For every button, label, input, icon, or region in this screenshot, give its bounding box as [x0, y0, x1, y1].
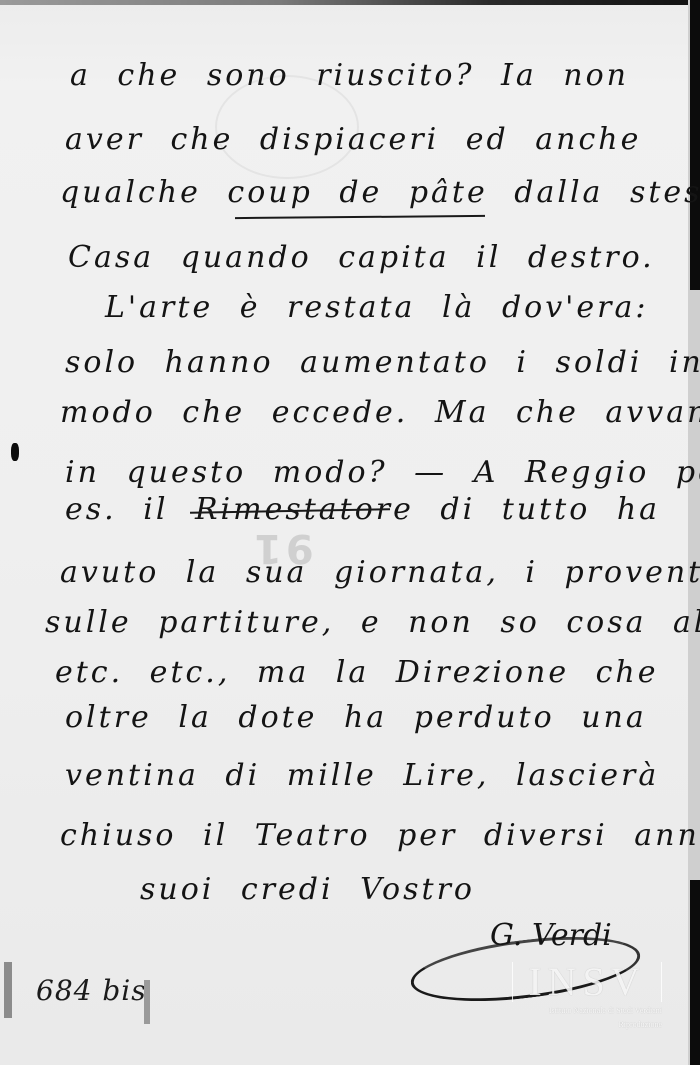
letter-line-15: chiuso il Teatro per diversi anni a: [60, 818, 700, 853]
letter-line-10: avuto la sua giornata, i proventi: [60, 555, 700, 590]
letter-line-12: etc. etc., ma la Direzione che: [55, 655, 658, 690]
letter-line-1: a che sono riuscito? Ia non: [70, 58, 629, 93]
archive-catalog-label: 684 bis: [4, 960, 152, 1025]
letter-line-7: modo che eccede. Ma che avvanzi: [60, 395, 700, 430]
watermark-logo: INSV: [512, 962, 662, 1002]
letter-line-3: qualche coup de pâte dalla stessa: [60, 175, 700, 210]
label-bracket-right: [144, 980, 150, 1024]
insv-watermark: INSV Istituto Nazionale di Studi Verdian…: [512, 962, 662, 1032]
letter-page: 91 a che sono riuscito? Ia non aver che …: [0, 0, 700, 1065]
letter-line-6: solo hanno aumentato i soldi in: [65, 345, 700, 380]
label-bracket-left: [4, 962, 12, 1018]
letter-line-16-closing: suoi credi Vostro: [140, 872, 475, 907]
letter-line-4: Casa quando capita il destro.: [68, 240, 655, 275]
letter-body: a che sono riuscito? Ia non aver che dis…: [0, 0, 700, 1065]
underline-coup-de-pate: [235, 215, 485, 219]
letter-line-8: in questo modo? — A Reggio per: [65, 455, 700, 490]
line-3-text: qualche coup de pâte dalla stessa: [60, 175, 700, 210]
letter-line-2: aver che dispiaceri ed anche: [65, 122, 641, 157]
letter-line-11: sulle partiture, e non so cosa altro: [45, 605, 700, 640]
letter-line-13: oltre la dote ha perduto una: [65, 700, 647, 735]
letter-line-5: L'arte è restata là dov'era:: [105, 290, 649, 325]
watermark-caption-2: Riproduzione: [512, 1020, 662, 1030]
watermark-caption-1: Istituto Nazionale di Studi Verdiani: [512, 1006, 662, 1016]
catalog-number: 684 bis: [36, 974, 147, 1007]
margin-ink-mark: [11, 443, 19, 461]
letter-line-14: ventina di mille Lire, lascierà: [65, 758, 659, 793]
signature-text: G. Verdi: [490, 918, 612, 953]
